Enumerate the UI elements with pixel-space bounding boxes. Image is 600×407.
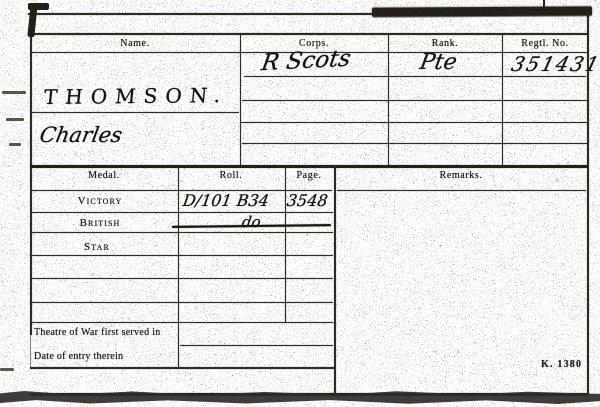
date-of-entry-label: Date of entry therein <box>34 351 123 362</box>
scan-tick-top <box>543 0 545 9</box>
remarks-header: Remarks. <box>440 170 483 181</box>
rank-label: Rank. <box>432 38 459 49</box>
medal-row-star: Star <box>84 241 110 253</box>
regtl-no-handwriting: 351431 <box>509 52 600 76</box>
surname-handwriting: THOMSON. <box>43 83 230 109</box>
rule-british-under <box>30 232 333 233</box>
name-label: Name. <box>120 38 149 49</box>
print-code: K. 1380 <box>541 359 582 370</box>
divider-medal-roll <box>178 167 179 368</box>
card-border-left <box>30 13 32 335</box>
corps-handwriting: R Scots <box>259 46 352 77</box>
rule-medal-header-under <box>32 190 332 191</box>
rule-left-section-bottom <box>30 367 335 369</box>
rule-header-top <box>30 33 588 35</box>
divider-page-remarks <box>334 165 336 394</box>
divider-corps-rank <box>388 33 389 165</box>
rule-theatre-under <box>180 345 333 346</box>
rule-row-3 <box>241 122 587 123</box>
rule-remarks-header-under <box>337 190 586 191</box>
rule-blank-1 <box>30 278 333 279</box>
rule-star-under <box>30 255 333 256</box>
scan-dash-2 <box>6 118 24 121</box>
medal-index-card-scan: Name. Corps. Rank. Regtl. No. THOMSON. C… <box>0 0 600 407</box>
forename-handwriting: Charles <box>38 123 124 147</box>
medal-row-british: British <box>80 217 121 229</box>
divider-name-corps <box>240 33 241 165</box>
victory-roll-handwriting: D/101 B34 <box>182 191 271 210</box>
roll-header: Roll. <box>220 170 243 181</box>
rule-surname-under <box>32 112 239 113</box>
ditto-handwriting: do <box>241 213 262 231</box>
medal-header: Medal. <box>88 170 120 181</box>
divider-rank-regno <box>502 33 503 165</box>
scan-dash-3 <box>9 143 21 146</box>
rule-row-2 <box>242 100 587 101</box>
rule-section-divider <box>30 165 588 168</box>
scan-dash-4 <box>0 368 14 371</box>
scan-smudge-top-right <box>372 6 592 16</box>
rule-blank-3 <box>30 322 333 323</box>
page-header: Page. <box>297 170 322 181</box>
scan-corner-mark-cap <box>28 3 49 10</box>
rank-handwriting: Pte <box>418 50 459 75</box>
regtl-no-label: Regtl. No. <box>521 38 568 49</box>
scan-dash-1 <box>2 91 26 94</box>
rule-row-1 <box>244 76 586 77</box>
card-border-left-faded <box>30 335 31 368</box>
rule-victory-under <box>31 212 333 213</box>
rule-blank-2 <box>30 302 333 303</box>
rule-row-4 <box>242 143 587 144</box>
victory-page-handwriting: 3548 <box>286 191 329 210</box>
medal-row-victory: Victory <box>78 195 123 207</box>
theatre-of-war-label: Theatre of War first served in <box>34 327 161 338</box>
